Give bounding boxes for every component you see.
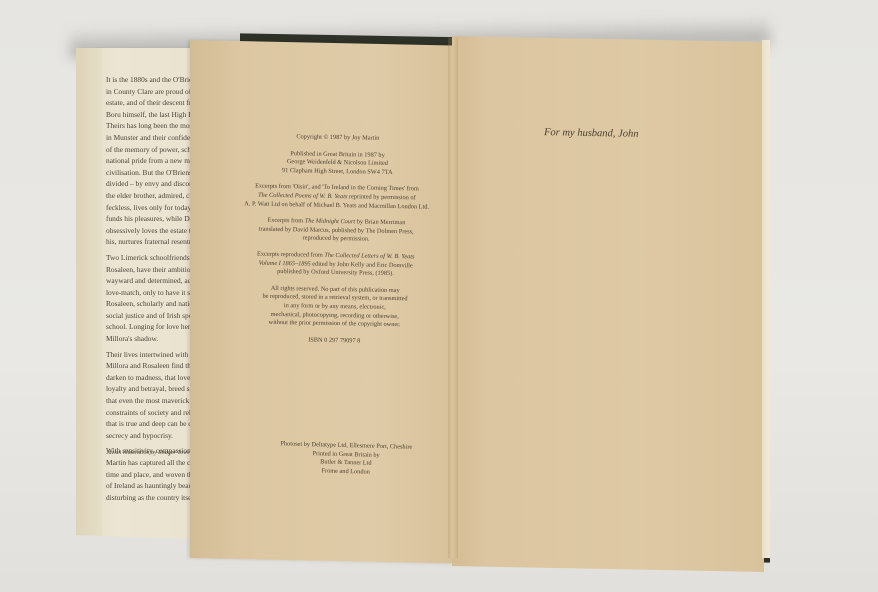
isbn: ISBN 0 297 79097 8 xyxy=(226,335,442,347)
jacket-illustration-credit: Jacket illustration by Rodger Towers xyxy=(106,450,194,456)
book-gutter xyxy=(448,38,458,558)
midnight-court-permission: Excerpts from The Midnight Court by Bria… xyxy=(228,216,444,246)
rights-reserved: All rights reserved. No part of this pub… xyxy=(227,284,444,331)
dedication-text: For my husband, John xyxy=(544,127,639,140)
copyright-block: Copyright © 1987 by Joy Martin Published… xyxy=(226,132,446,355)
dedication-page xyxy=(452,36,764,572)
yeats-letters-permission: Excerpts reproduced from The Collected L… xyxy=(227,250,443,280)
printer-info: Photoset by Deltatype Ltd, Ellesmere Por… xyxy=(246,439,447,479)
jacket-edge-right xyxy=(762,40,770,558)
publisher-info: Published in Great Britain in 1987 by Ge… xyxy=(229,149,445,179)
yeats-poems-permission: Excerpts from 'Oisin', and 'To Ireland i… xyxy=(229,182,445,212)
flap-fold xyxy=(76,48,102,540)
